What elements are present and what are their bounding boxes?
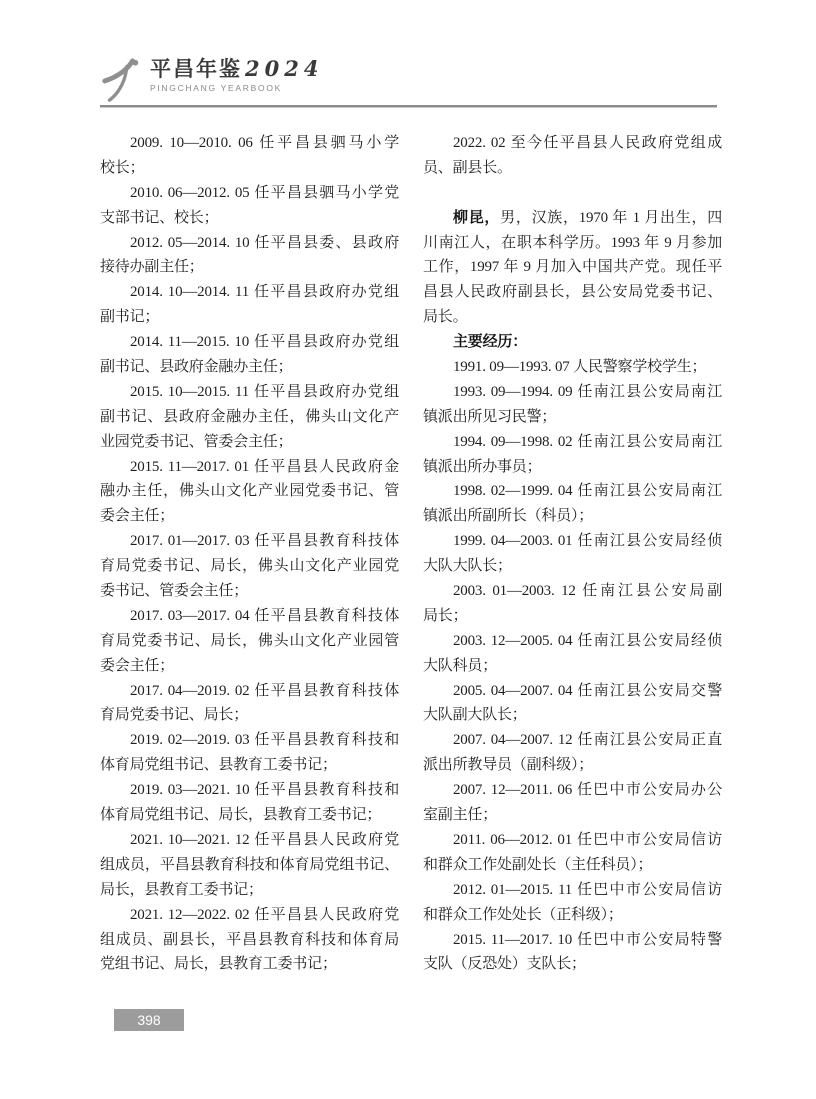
career-paragraph: 1994. 09—1998. 02 任南江县公安局南江镇派出所办事员； — [423, 430, 722, 480]
text-line: 党组书记、局长，县教育工委书记； — [100, 952, 399, 977]
text-line: 镇派出所见习民警； — [423, 405, 722, 430]
yearbook-subtitle: PINGCHANG YEARBOOK — [150, 83, 323, 93]
text-line: 派出所教导员（副科级）； — [423, 753, 722, 778]
career-paragraph: 2015. 11—2017. 10 任巴中市公安局特警支队（反恐处）支队长； — [423, 928, 722, 978]
career-paragraph: 2021. 12—2022. 02 任平昌县人民政府党组成员、副县长，平昌县教育… — [100, 903, 399, 978]
text-line: 局长，县教育工委书记； — [100, 878, 399, 903]
career-paragraph: 2017. 01—2017. 03 任平昌县教育科技体育局党委书记、局长，佛头山… — [100, 529, 399, 604]
yearbook-title: 平昌年鉴2024 — [150, 58, 323, 80]
header-title-block: 平昌年鉴2024 PINGCHANG YEARBOOK — [150, 58, 323, 93]
text-line: 2017. 03—2017. 04 任平昌县教育科技体 — [100, 604, 399, 629]
text-line: 川南江人，在职本科学历。1993 年 9 月参加 — [423, 231, 722, 256]
page-number-badge: 398 — [114, 1009, 184, 1031]
text-line: 2021. 12—2022. 02 任平昌县人民政府党 — [100, 903, 399, 928]
career-paragraph: 2014. 11—2015. 10 任平昌县政府办党组副书记、县政府金融办主任； — [100, 330, 399, 380]
text-line: 支部书记、校长； — [100, 206, 399, 231]
left-column: 2009. 10—2010. 06 任平昌县驷马小学校长；2010. 06—20… — [100, 131, 399, 977]
text-line: 局长； — [423, 604, 722, 629]
text-line: 组成员，平昌县教育科技和体育局党组书记、 — [100, 853, 399, 878]
text-line: 副书记、县政府金融办主任，佛头山文化产 — [100, 405, 399, 430]
career-paragraph: 2022. 02 至今任平昌县人民政府党组成员、副县长。 — [423, 131, 722, 181]
text-line: 和群众工作处副处长（主任科员）； — [423, 853, 722, 878]
text-line: 昌县人民政府副县长，县公安局党委书记、 — [423, 280, 722, 305]
career-paragraph: 2014. 10—2014. 11 任平昌县政府办党组副书记； — [100, 280, 399, 330]
section-heading: 主要经历： — [423, 330, 722, 355]
text-line: 融办主任，佛头山文化产业园党委书记、管 — [100, 479, 399, 504]
text-line: 1991. 09—1993. 07 人民警察学校学生； — [423, 355, 722, 380]
text-line: 副书记； — [100, 305, 399, 330]
career-paragraph: 1991. 09—1993. 07 人民警察学校学生； — [423, 355, 722, 380]
text-line: 局长。 — [423, 305, 722, 330]
paragraph-spacer — [423, 181, 722, 206]
yearbook-logo-icon — [98, 56, 144, 104]
text-line: 2003. 01—2003. 12 任南江县公安局副 — [423, 579, 722, 604]
text-line: 2012. 01—2015. 11 任巴中市公安局信访 — [423, 878, 722, 903]
text-line: 组成员、副县长，平昌县教育科技和体育局 — [100, 928, 399, 953]
career-paragraph: 2003. 01—2003. 12 任南江县公安局副局长； — [423, 579, 722, 629]
career-paragraph: 2005. 04—2007. 04 任南江县公安局交警大队副大队长； — [423, 679, 722, 729]
text-line: 2007. 04—2007. 12 任南江县公安局正直 — [423, 728, 722, 753]
right-column: 2022. 02 至今任平昌县人民政府党组成员、副县长。柳昆，男，汉族，1970… — [423, 131, 722, 977]
text-line: 委会主任； — [100, 504, 399, 529]
career-paragraph: 2017. 04—2019. 02 任平昌县教育科技体育局党委书记、局长； — [100, 679, 399, 729]
career-paragraph: 2019. 03—2021. 10 任平昌县教育科技和体育局党组书记、局长，县教… — [100, 778, 399, 828]
text-line: 育局党委书记、局长； — [100, 703, 399, 728]
text-line: 2007. 12—2011. 06 任巴中市公安局办公 — [423, 778, 722, 803]
text-line: 2010. 06—2012. 05 任平昌县驷马小学党 — [100, 181, 399, 206]
text-line: 体育局党组书记、县教育工委书记； — [100, 753, 399, 778]
text-line: 育局党委书记、局长，佛头山文化产业园党 — [100, 554, 399, 579]
text-line: 2021. 10—2021. 12 任平昌县人民政府党 — [100, 828, 399, 853]
career-paragraph: 2003. 12—2005. 04 任南江县公安局经侦大队科员； — [423, 629, 722, 679]
text-line: 2017. 01—2017. 03 任平昌县教育科技体 — [100, 529, 399, 554]
text-line: 2019. 02—2019. 03 任平昌县教育科技和 — [100, 728, 399, 753]
text-line: 大队副大队长； — [423, 703, 722, 728]
career-paragraph: 柳昆，男，汉族，1970 年 1 月出生，四川南江人，在职本科学历。1993 年… — [423, 206, 722, 330]
text-line: 副书记、县政府金融办主任； — [100, 355, 399, 380]
person-name: 柳昆， — [453, 209, 500, 226]
career-paragraph: 2021. 10—2021. 12 任平昌县人民政府党组成员，平昌县教育科技和体… — [100, 828, 399, 903]
text-line: 2015. 10—2015. 11 任平昌县政府办党组 — [100, 380, 399, 405]
career-paragraph: 2007. 12—2011. 06 任巴中市公安局办公室副主任； — [423, 778, 722, 828]
career-paragraph: 2015. 11—2017. 01 任平昌县人民政府金融办主任，佛头山文化产业园… — [100, 455, 399, 530]
text-line: 业园党委书记、管委会主任； — [100, 430, 399, 455]
text-line: 2012. 05—2014. 10 任平昌县委、县政府 — [100, 231, 399, 256]
text-line: 育局党委书记、局长，佛头山文化产业园管 — [100, 629, 399, 654]
career-paragraph: 2007. 04—2007. 12 任南江县公安局正直派出所教导员（副科级）； — [423, 728, 722, 778]
career-paragraph: 2011. 06—2012. 01 任巴中市公安局信访和群众工作处副处长（主任科… — [423, 828, 722, 878]
text-line: 大队大队长； — [423, 554, 722, 579]
career-paragraph: 2017. 03—2017. 04 任平昌县教育科技体育局党委书记、局长，佛头山… — [100, 604, 399, 679]
text-line: 2005. 04—2007. 04 任南江县公安局交警 — [423, 679, 722, 704]
yearbook-title-cn: 平昌年鉴 — [150, 57, 242, 81]
text-line: 2014. 10—2014. 11 任平昌县政府办党组 — [100, 280, 399, 305]
text-line: 和群众工作处处长（正科级）； — [423, 903, 722, 928]
text-line: 2011. 06—2012. 01 任巴中市公安局信访 — [423, 828, 722, 853]
yearbook-title-year: 2024 — [245, 56, 323, 81]
page-header: 平昌年鉴2024 PINGCHANG YEARBOOK — [98, 54, 323, 104]
text-line: 镇派出所副所长（科员）； — [423, 504, 722, 529]
career-paragraph: 2012. 05—2014. 10 任平昌县委、县政府接待办副主任； — [100, 231, 399, 281]
career-paragraph: 1993. 09—1994. 09 任南江县公安局南江镇派出所见习民警； — [423, 380, 722, 430]
career-paragraph: 2010. 06—2012. 05 任平昌县驷马小学党支部书记、校长； — [100, 181, 399, 231]
text-line: 支队（反恐处）支队长； — [423, 952, 722, 977]
text-line: 柳昆，男，汉族，1970 年 1 月出生，四 — [423, 206, 722, 231]
text-line: 委书记、管委会主任； — [100, 579, 399, 604]
text-line: 校长； — [100, 156, 399, 181]
text-line: 1999. 04—2003. 01 任南江县公安局经侦 — [423, 529, 722, 554]
yearbook-page: 平昌年鉴2024 PINGCHANG YEARBOOK 2009. 10—201… — [0, 0, 816, 1099]
career-paragraph: 2012. 01—2015. 11 任巴中市公安局信访和群众工作处处长（正科级）… — [423, 878, 722, 928]
text-line: 2009. 10—2010. 06 任平昌县驷马小学 — [100, 131, 399, 156]
text-line: 1998. 02—1999. 04 任南江县公安局南江 — [423, 479, 722, 504]
text-line: 2015. 11—2017. 01 任平昌县人民政府金 — [100, 455, 399, 480]
header-divider — [100, 105, 717, 108]
text-line: 工作，1997 年 9 月加入中国共产党。现任平 — [423, 255, 722, 280]
text-line: 镇派出所办事员； — [423, 455, 722, 480]
text-line: 体育局党组书记、局长，县教育工委书记； — [100, 803, 399, 828]
text-line: 室副主任； — [423, 803, 722, 828]
text-line: 1993. 09—1994. 09 任南江县公安局南江 — [423, 380, 722, 405]
text-line: 2014. 11—2015. 10 任平昌县政府办党组 — [100, 330, 399, 355]
text-line: 大队科员； — [423, 654, 722, 679]
text-line: 1994. 09—1998. 02 任南江县公安局南江 — [423, 430, 722, 455]
text-line: 委会主任； — [100, 654, 399, 679]
career-paragraph: 1999. 04—2003. 01 任南江县公安局经侦大队大队长； — [423, 529, 722, 579]
text-line: 2017. 04—2019. 02 任平昌县教育科技体 — [100, 679, 399, 704]
career-paragraph: 2009. 10—2010. 06 任平昌县驷马小学校长； — [100, 131, 399, 181]
career-paragraph: 2019. 02—2019. 03 任平昌县教育科技和体育局党组书记、县教育工委… — [100, 728, 399, 778]
text-line: 2015. 11—2017. 10 任巴中市公安局特警 — [423, 928, 722, 953]
career-paragraph: 2015. 10—2015. 11 任平昌县政府办党组副书记、县政府金融办主任，… — [100, 380, 399, 455]
text-line: 2022. 02 至今任平昌县人民政府党组成 — [423, 131, 722, 156]
career-paragraph: 1998. 02—1999. 04 任南江县公安局南江镇派出所副所长（科员）； — [423, 479, 722, 529]
text-line: 接待办副主任； — [100, 255, 399, 280]
text-line: 主要经历： — [423, 330, 722, 355]
text-line: 2003. 12—2005. 04 任南江县公安局经侦 — [423, 629, 722, 654]
text-line: 员、副县长。 — [423, 156, 722, 181]
text-line: 2019. 03—2021. 10 任平昌县教育科技和 — [100, 778, 399, 803]
